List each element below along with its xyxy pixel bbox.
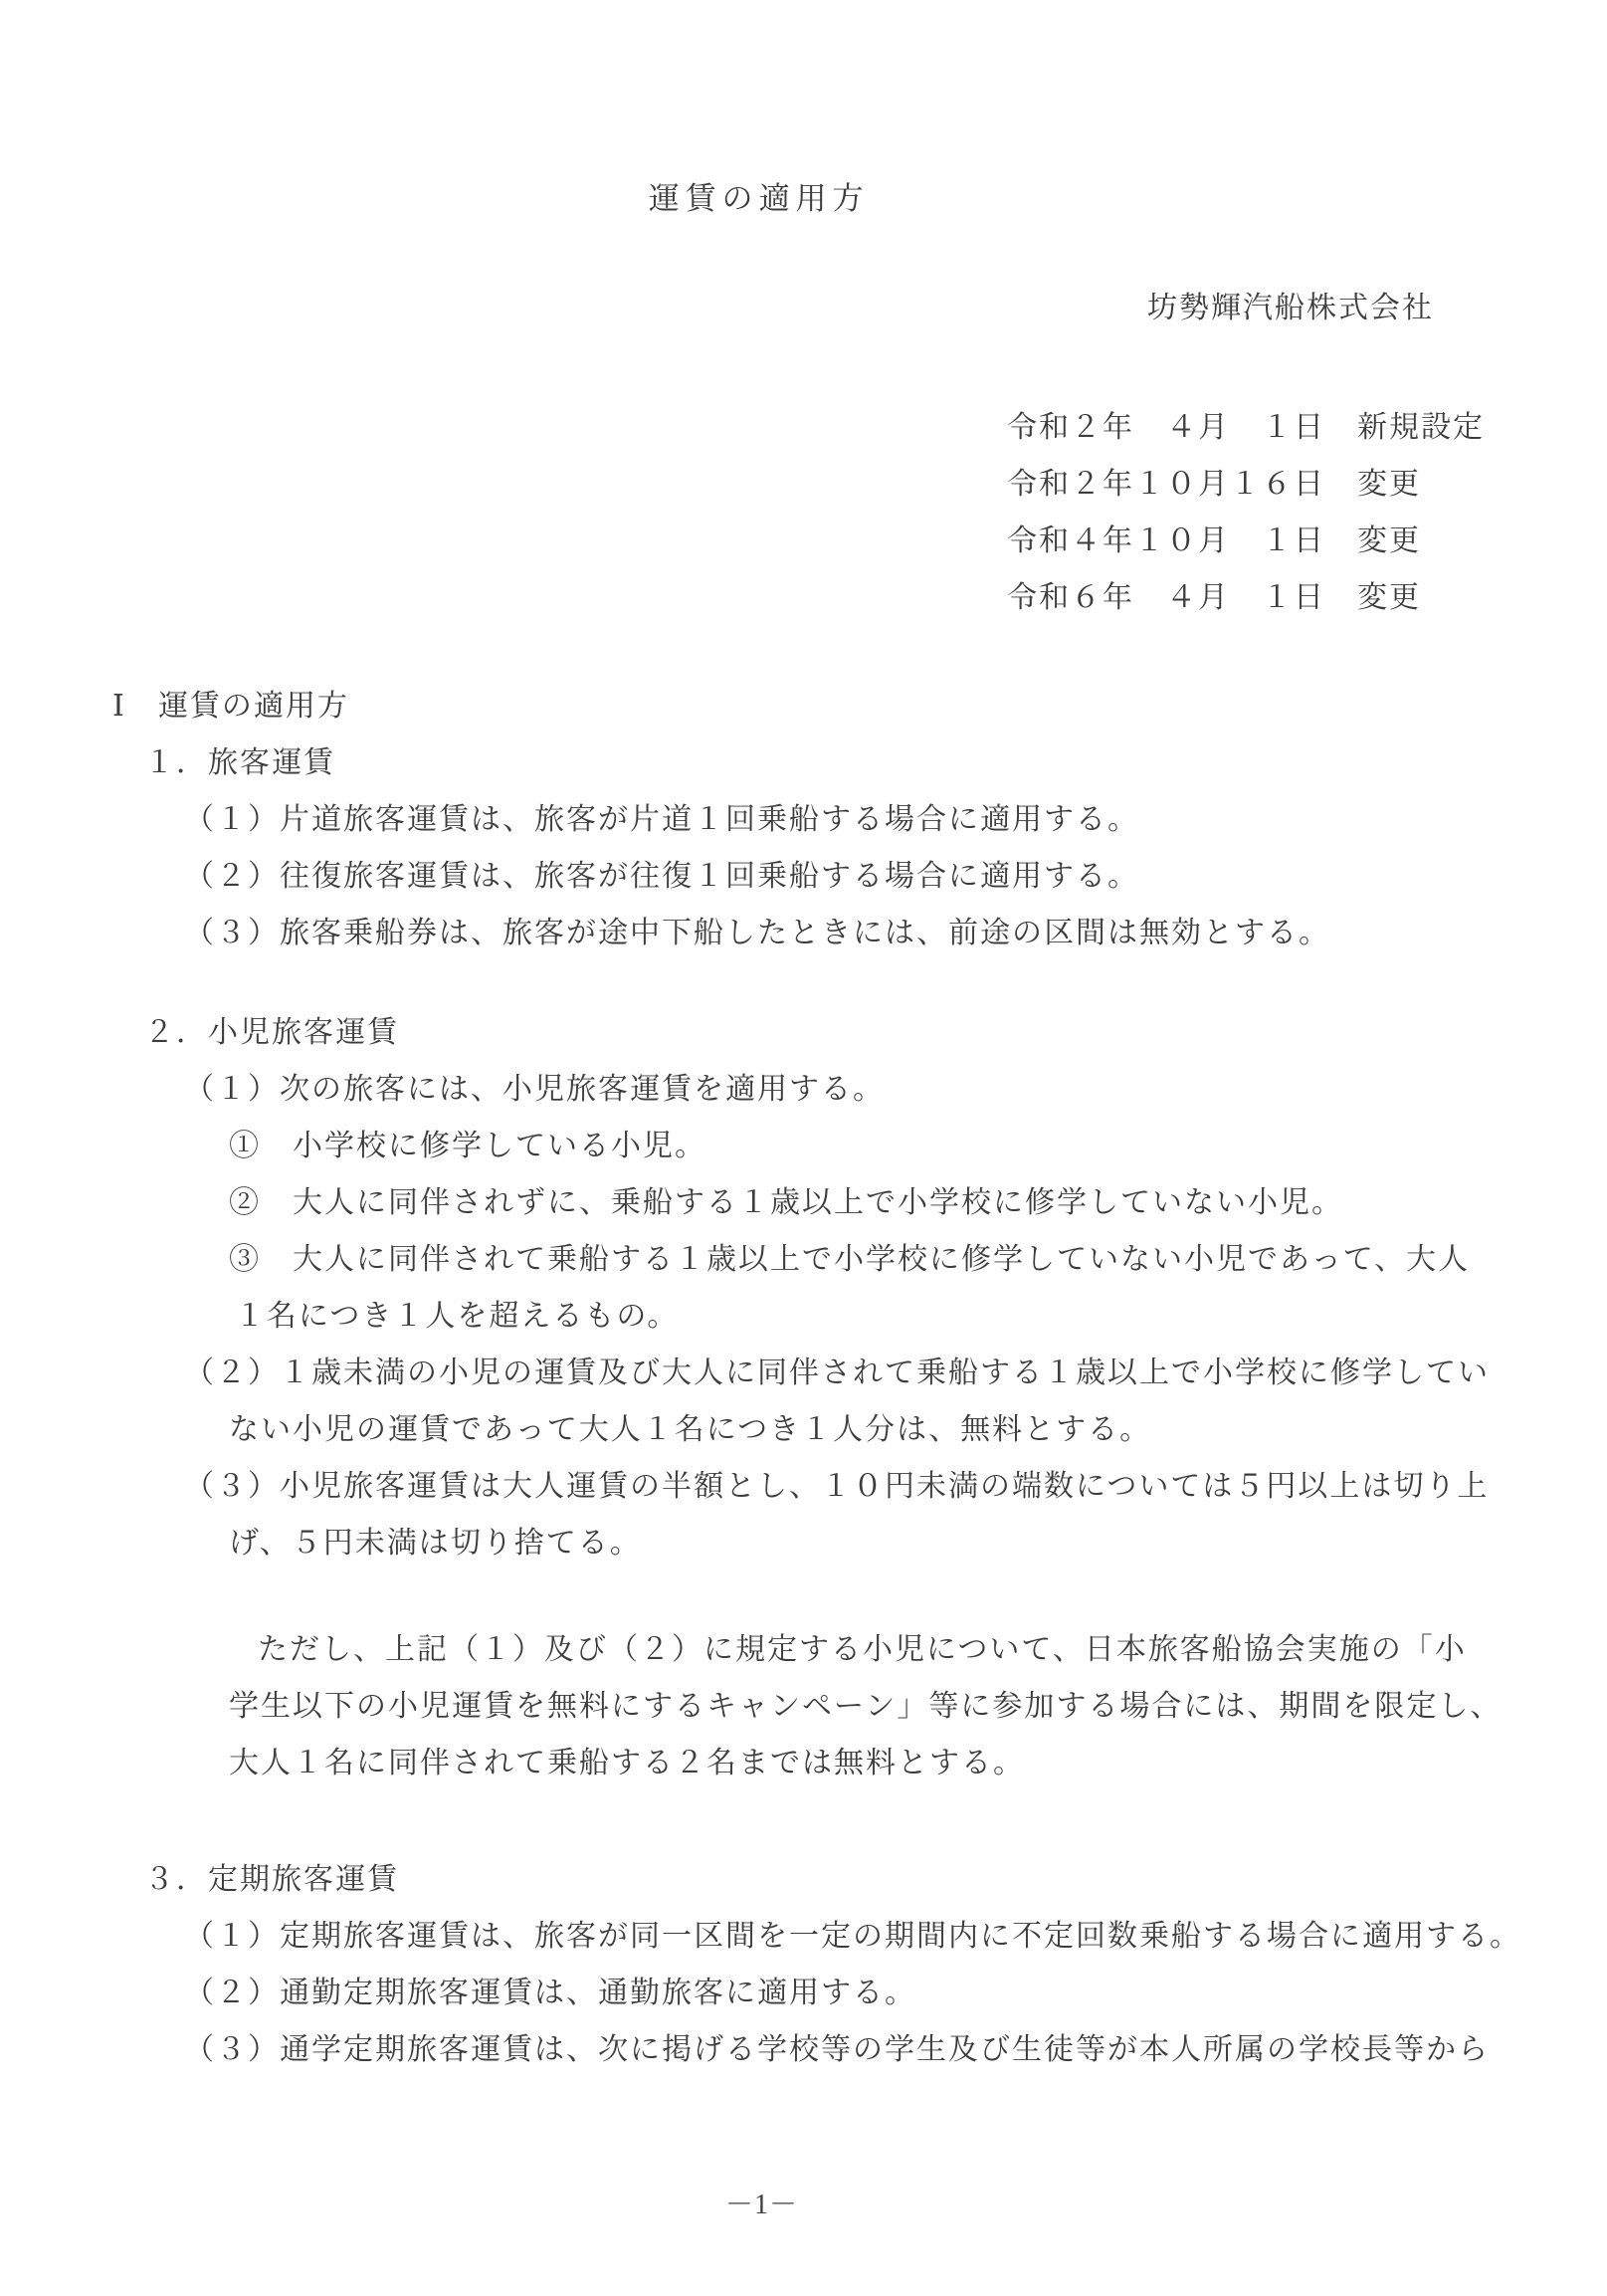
paragraph-line: （２）往復旅客運賃は、旅客が往復１回乗船する場合に適用する。 (184, 848, 1607, 905)
paragraph-line: （２）通勤定期旅客運賃は、通勤旅客に適用する。 (184, 1965, 1607, 2021)
sub-item-continuation-line: １名につき１人を超えるもの。 (235, 1288, 1607, 1345)
sub-item-line: ③ 大人に同伴されて乗船する１歳以上で小学校に修学していない小児であって、大人 (229, 1231, 1607, 1288)
paragraph-line: （１）定期旅客運賃は、旅客が同一区間を一定の期間内に不定回数乗船する場合に適用す… (184, 1908, 1607, 1965)
revision-entry: 令和２年１０月１６日 変更 (1007, 456, 1607, 513)
section-2-title: ２．小児旅客運賃 (144, 1004, 1607, 1061)
sub-item-line: ① 小学校に修学している小児。 (229, 1118, 1607, 1174)
section-3-title: ３．定期旅客運賃 (144, 1851, 1607, 1908)
note-line: 学生以下の小児運賃を無料にするキャンペーン」等に参加する場合には、期間を限定し、 (229, 1678, 1607, 1735)
revision-entry: 令和２年 ４月 １日 新規設定 (1007, 399, 1607, 456)
note-line: ただし、上記（１）及び（２）に規定する小児について、日本旅客船協会実施の「小 (258, 1621, 1607, 1678)
page-number: －1－ (0, 2186, 1565, 2225)
revision-entry: 令和４年１０月 １日 変更 (1007, 513, 1607, 569)
section-1-title: １．旅客運賃 (144, 734, 1607, 791)
paragraph-line: （１）片道旅客運賃は、旅客が片道１回乗船する場合に適用する。 (184, 791, 1607, 848)
section-heading: Ⅰ 運賃の適用方 (112, 678, 1607, 734)
paragraph-continuation-line: ない小児の運賃であって大人１名につき１人分は、無料とする。 (229, 1401, 1607, 1458)
paragraph-line: （３）小児旅客運賃は大人運賃の半額とし、１０円未満の端数については５円以上は切り… (184, 1458, 1607, 1515)
document-title: 運賃の適用方 (0, 179, 1562, 219)
paragraph-line: （１）次の旅客には、小児旅客運賃を適用する。 (184, 1061, 1607, 1118)
paragraph-continuation-line: げ、５円未満は切り捨てる。 (229, 1515, 1607, 1571)
paragraph-line: （２）１歳未満の小児の運賃及び大人に同伴されて乗船する１歳以上で小学校に修学して… (184, 1345, 1607, 1401)
paragraph-line: （３）通学定期旅客運賃は、次に掲げる学校等の学生及び生徒等が本人所属の学校長等か… (184, 2021, 1607, 2078)
paragraph-line: （３）旅客乗船券は、旅客が途中下船したときには、前途の区間は無効とする。 (184, 905, 1607, 961)
sub-item-line: ② 大人に同伴されずに、乗船する１歳以上で小学校に修学していない小児。 (229, 1174, 1607, 1231)
company-name: 坊勢輝汽船株式会社 (1147, 289, 1607, 328)
revision-history: 令和２年 ４月 １日 新規設定 令和２年１０月１６日 変更 令和４年１０月 １日… (1007, 399, 1607, 626)
document-page: 運賃の適用方 坊勢輝汽船株式会社 令和２年 ４月 １日 新規設定 令和２年１０月… (0, 0, 1607, 2296)
note-line: 大人１名に同伴されて乗船する２名までは無料とする。 (229, 1735, 1607, 1791)
revision-entry: 令和６年 ４月 １日 変更 (1007, 569, 1607, 626)
